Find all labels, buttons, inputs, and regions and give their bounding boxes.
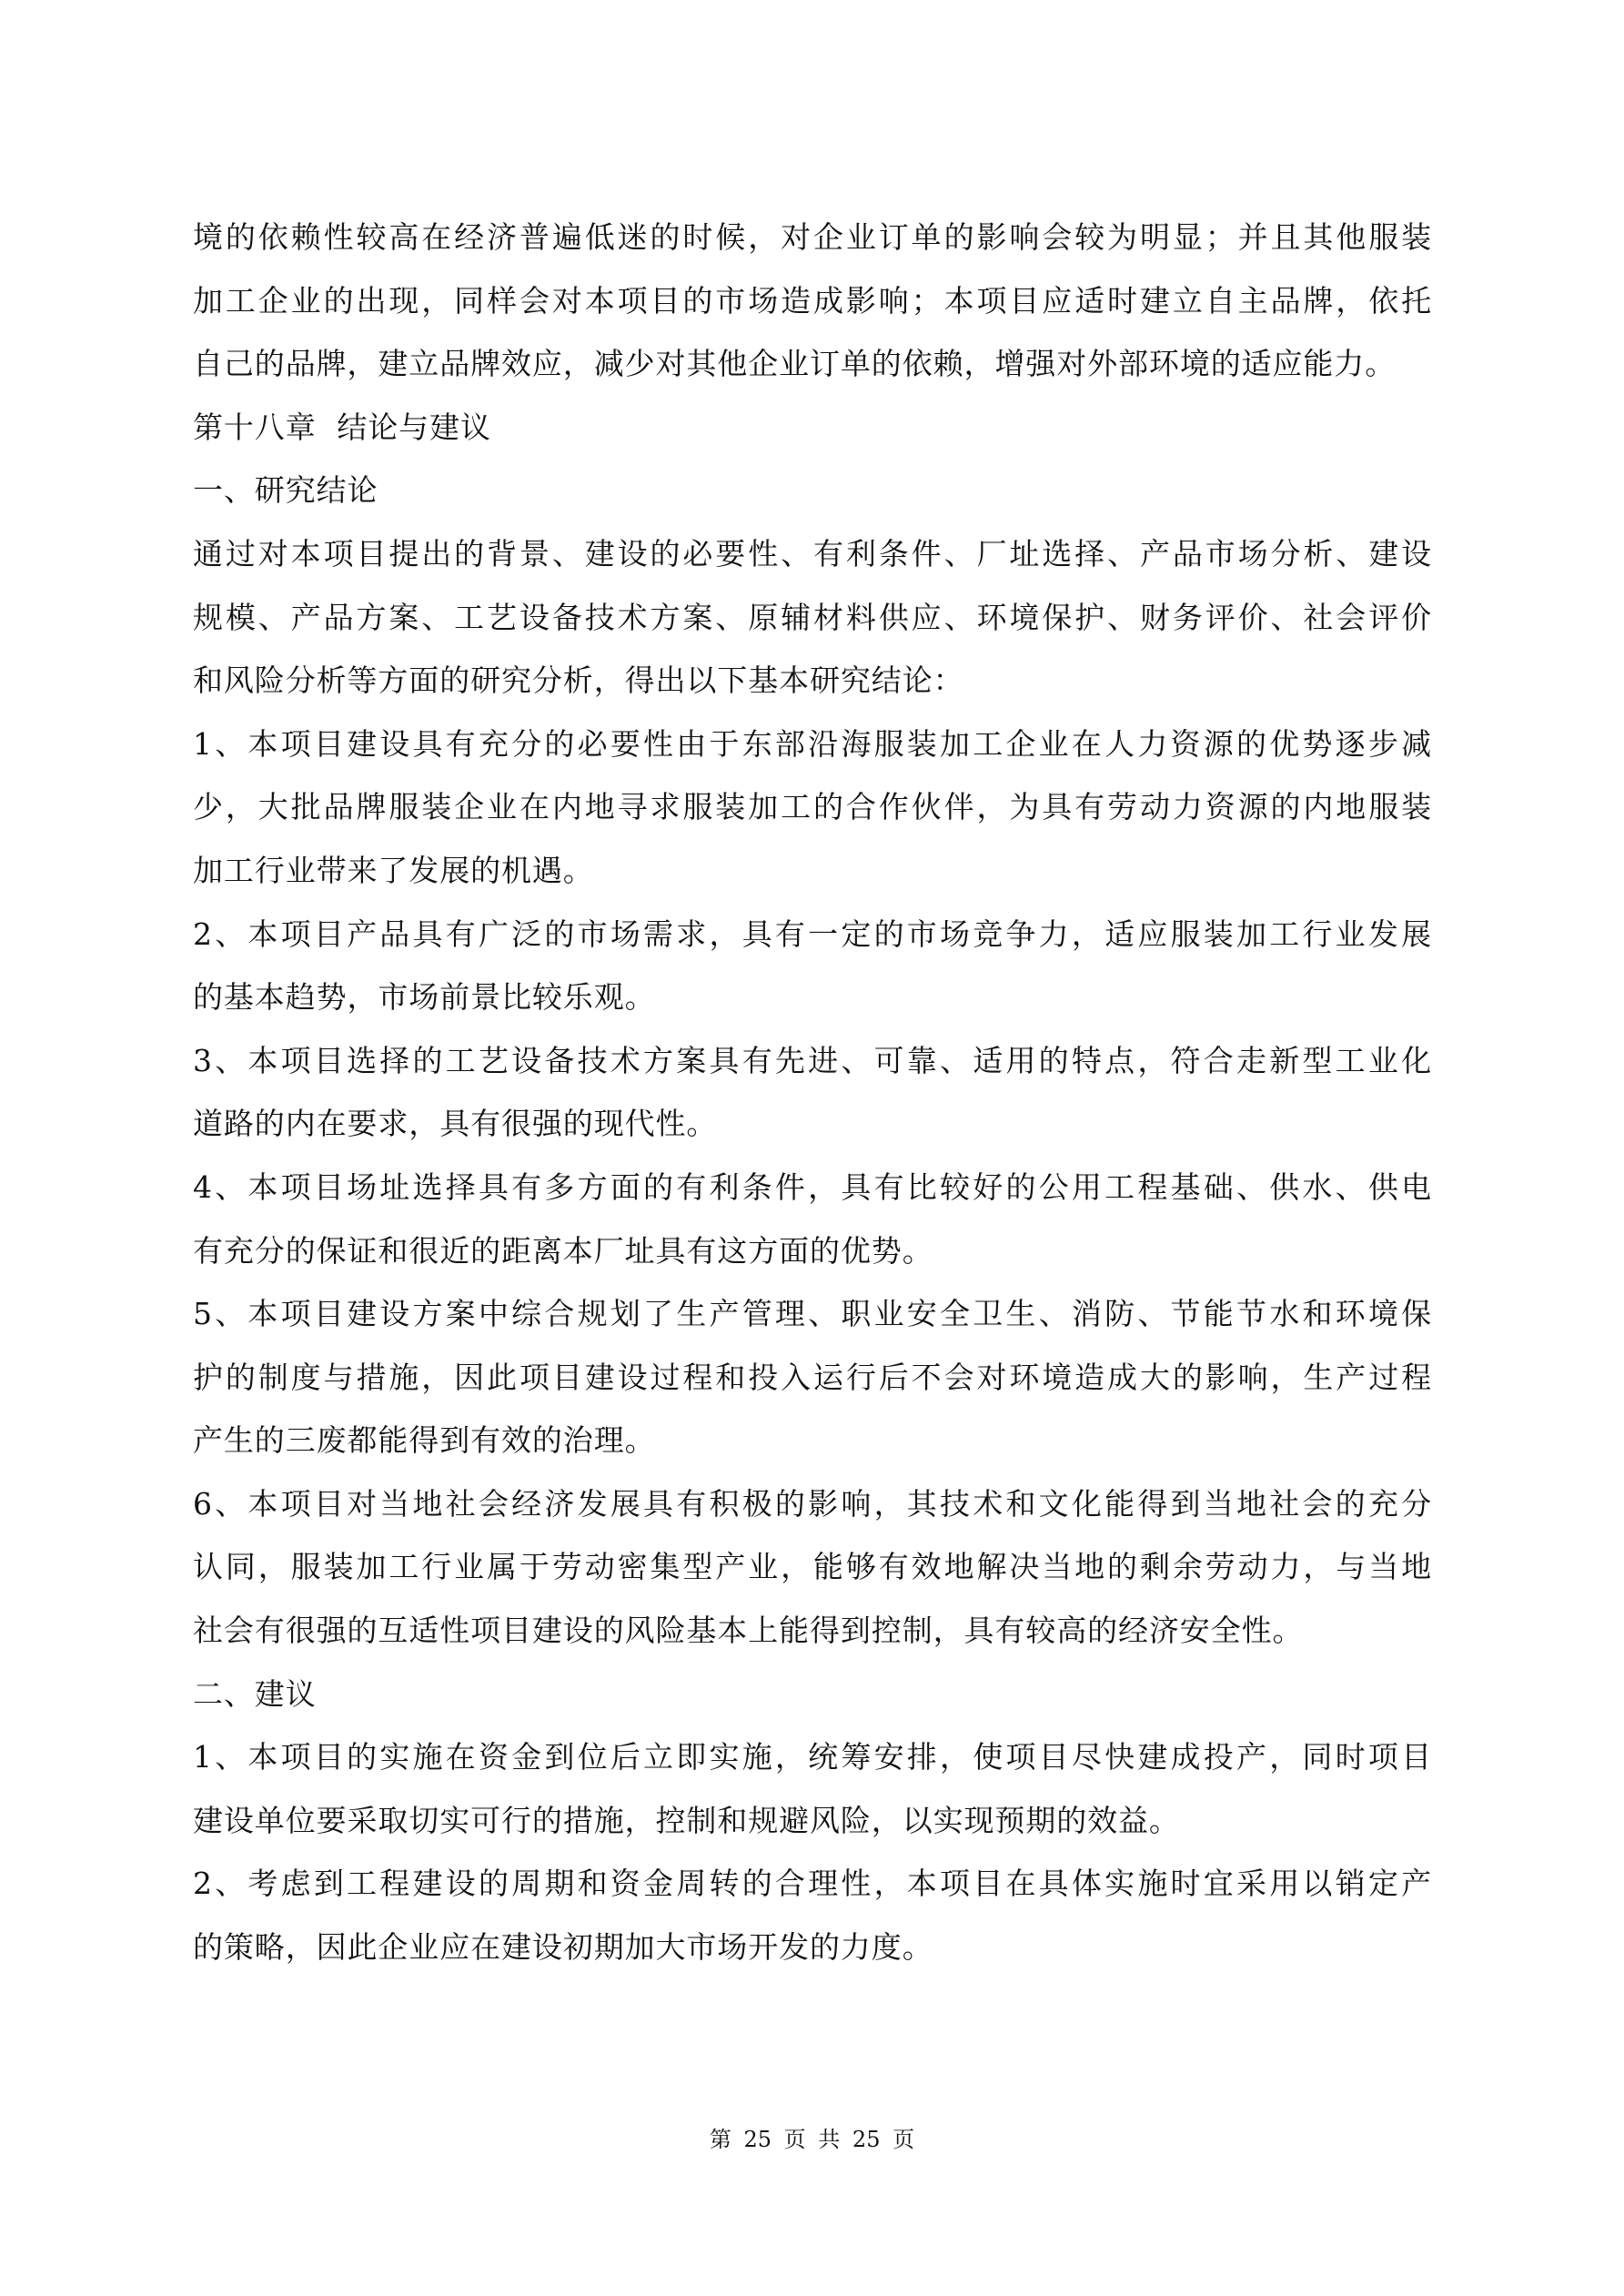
text-line: 护的制度与措施，因此项目建设过程和投入运行后不会对环境造成大的影响，生产过程 — [193, 1346, 1432, 1410]
conclusion-item-2: 2、本项目产品具有广泛的市场需求，具有一定的市场竞争力，适应服装加工行业发展 的… — [193, 903, 1432, 1029]
text-line: 的基本趋势，市场前景比较乐观。 — [193, 966, 1432, 1029]
text-line: 境的依赖性较高在经济普遍低迷的时候，对企业订单的影响会较为明显；并且其他服装 — [193, 206, 1432, 269]
text-line: 自己的品牌，建立品牌效应，减少对其他企业订单的依赖，增强对外部环境的适应能力。 — [193, 332, 1432, 396]
paragraph-continued: 境的依赖性较高在经济普遍低迷的时候，对企业订单的影响会较为明显；并且其他服装 加… — [193, 206, 1432, 396]
section-heading-research-conclusion: 一、研究结论 — [193, 459, 1432, 522]
text-line: 产生的三废都能得到有效的治理。 — [193, 1409, 1432, 1472]
text-line: 5、本项目建设方案中综合规划了生产管理、职业安全卫生、消防、节能节水和环境保 — [193, 1282, 1432, 1346]
text-line: 社会有很强的互适性项目建设的风险基本上能得到控制，具有较高的经济安全性。 — [193, 1599, 1432, 1663]
paragraph-intro: 通过对本项目提出的背景、建设的必要性、有利条件、厂址选择、产品市场分析、建设 规… — [193, 522, 1432, 713]
text-line: 认同，服装加工行业属于劳动密集型产业，能够有效地解决当地的剩余劳动力，与当地 — [193, 1535, 1432, 1599]
text-line: 和风险分析等方面的研究分析，得出以下基本研究结论： — [193, 649, 1432, 713]
text-line: 1、本项目建设具有充分的必要性由于东部沿海服装加工企业在人力资源的优势逐步减 — [193, 713, 1432, 776]
text-line: 3、本项目选择的工艺设备技术方案具有先进、可靠、适用的特点，符合走新型工业化 — [193, 1029, 1432, 1093]
conclusion-item-1: 1、本项目建设具有充分的必要性由于东部沿海服装加工企业在人力资源的优势逐步减 少… — [193, 713, 1432, 903]
text-line: 6、本项目对当地社会经济发展具有积极的影响，其技术和文化能得到当地社会的充分 — [193, 1472, 1432, 1536]
section-heading-suggestions: 二、建议 — [193, 1663, 1432, 1726]
page-number-footer: 第 25 页 共 25 页 — [0, 2126, 1624, 2153]
text-line: 规模、产品方案、工艺设备技术方案、原辅材料供应、环境保护、财务评价、社会评价 — [193, 586, 1432, 650]
text-line: 4、本项目场址选择具有多方面的有利条件，具有比较好的公用工程基础、供水、供电 — [193, 1156, 1432, 1219]
chapter-heading: 第十八章 结论与建议 — [193, 396, 1432, 460]
text-line: 加工企业的出现，同样会对本项目的市场造成影响；本项目应适时建立自主品牌，依托 — [193, 269, 1432, 333]
text-line: 1、本项目的实施在资金到位后立即实施，统筹安排，使项目尽快建成投产，同时项目 — [193, 1725, 1432, 1789]
conclusion-item-3: 3、本项目选择的工艺设备技术方案具有先进、可靠、适用的特点，符合走新型工业化 道… — [193, 1029, 1432, 1156]
text-line: 2、本项目产品具有广泛的市场需求，具有一定的市场竞争力，适应服装加工行业发展 — [193, 903, 1432, 966]
document-page: 境的依赖性较高在经济普遍低迷的时候，对企业订单的影响会较为明显；并且其他服装 加… — [0, 0, 1624, 2296]
text-line: 少，大批品牌服装企业在内地寻求服装加工的合作伙伴，为具有劳动力资源的内地服装 — [193, 775, 1432, 839]
conclusion-item-6: 6、本项目对当地社会经济发展具有积极的影响，其技术和文化能得到当地社会的充分 认… — [193, 1472, 1432, 1663]
text-line: 的策略，因此企业应在建设初期加大市场开发的力度。 — [193, 1916, 1432, 1979]
suggestion-item-2: 2、考虑到工程建设的周期和资金周转的合理性，本项目在具体实施时宜采用以销定产 的… — [193, 1852, 1432, 1978]
text-line: 有充分的保证和很近的距离本厂址具有这方面的优势。 — [193, 1219, 1432, 1283]
text-line: 建设单位要采取切实可行的措施，控制和规避风险，以实现预期的效益。 — [193, 1789, 1432, 1853]
suggestion-item-1: 1、本项目的实施在资金到位后立即实施，统筹安排，使项目尽快建成投产，同时项目 建… — [193, 1725, 1432, 1852]
page-content: 境的依赖性较高在经济普遍低迷的时候，对企业订单的影响会较为明显；并且其他服装 加… — [193, 206, 1432, 1979]
text-line: 2、考虑到工程建设的周期和资金周转的合理性，本项目在具体实施时宜采用以销定产 — [193, 1852, 1432, 1916]
conclusion-item-4: 4、本项目场址选择具有多方面的有利条件，具有比较好的公用工程基础、供水、供电 有… — [193, 1156, 1432, 1282]
conclusion-item-5: 5、本项目建设方案中综合规划了生产管理、职业安全卫生、消防、节能节水和环境保 护… — [193, 1282, 1432, 1472]
text-line: 道路的内在要求，具有很强的现代性。 — [193, 1092, 1432, 1156]
text-line: 通过对本项目提出的背景、建设的必要性、有利条件、厂址选择、产品市场分析、建设 — [193, 522, 1432, 586]
text-line: 加工行业带来了发展的机遇。 — [193, 839, 1432, 903]
